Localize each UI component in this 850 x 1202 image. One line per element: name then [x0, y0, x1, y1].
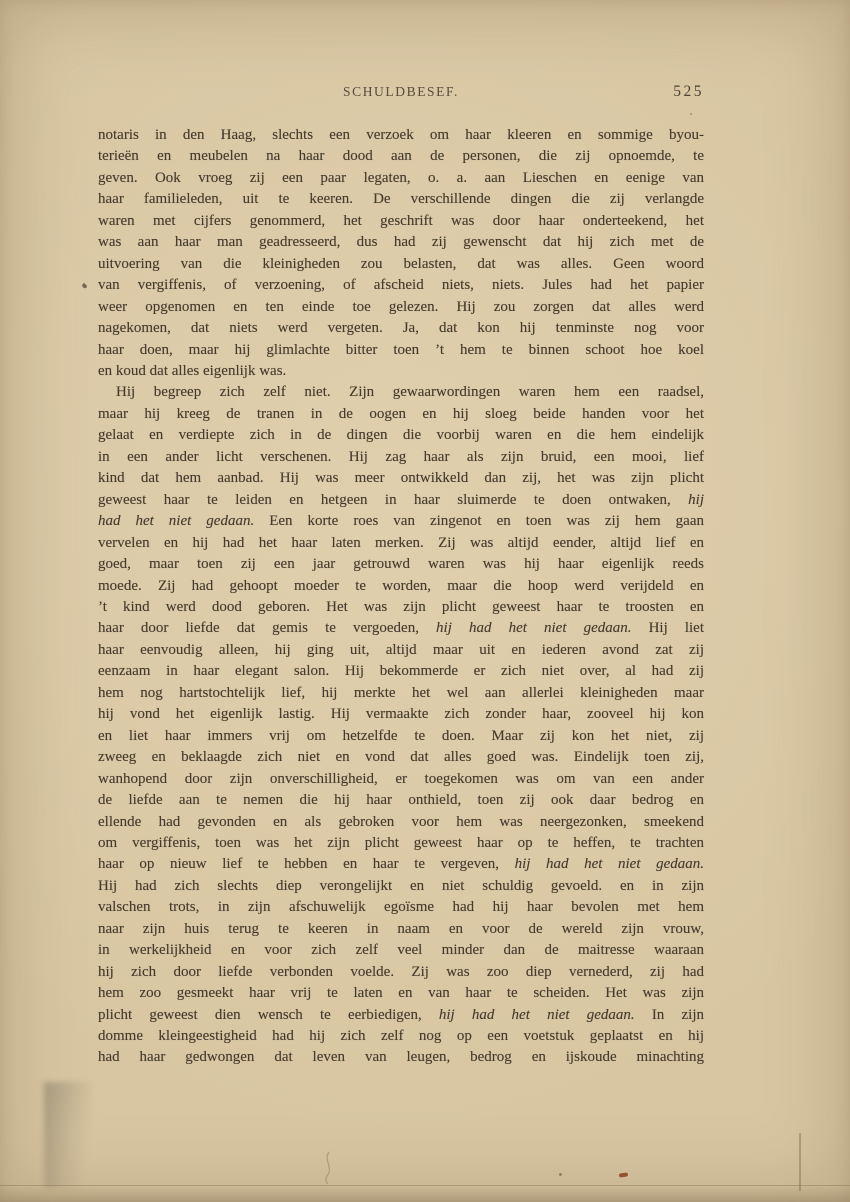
text-line: maar hij kreeg de tranen in de oogen en … [98, 404, 704, 425]
text-run: uitvoering van die kleinigheden zou bela… [98, 256, 704, 272]
text-run: vervelen en hij had het haar laten merke… [98, 535, 704, 551]
text-line: om vergiffenis, toen was het zijn plicht… [98, 833, 704, 854]
text-run: geweest haar te leiden en hetgeen in haa… [98, 492, 688, 508]
book-page: SCHULDBESEF. 525 notaris in den Haag, sl… [0, 0, 850, 1202]
text-line: wanhopend door zijn onverschilligheid, e… [98, 769, 704, 790]
text-line: vervelen en hij had het haar laten merke… [98, 533, 704, 554]
text-line: moede. Zij had gehoopt moeder te worden,… [98, 576, 704, 597]
text-line: hij vond het eigenlijk lastig. Hij verma… [98, 704, 704, 725]
text-line: nagekomen, dat niets werd vergeten. Ja, … [98, 318, 704, 339]
text-run: wanhopend door zijn onverschilligheid, e… [98, 771, 704, 787]
text-run: Hij had zich slechts diep verongelijkt e… [98, 878, 704, 894]
text-run: in een ander licht verschenen. Hij zag h… [98, 449, 704, 465]
text-line: uitvoering van die kleinigheden zou bela… [98, 254, 704, 275]
text-run: en liet haar immers vrij om hetzelfde te… [98, 728, 704, 744]
text-run: gelaat en verdiepte zich in de dingen di… [98, 427, 704, 443]
text-line: hem zoo gesmeekt haar vrij te laten en v… [98, 983, 704, 1004]
text-run: om vergiffenis, toen was het zijn plicht… [98, 835, 704, 851]
text-run: Hij liet [631, 620, 704, 636]
scan-dot-top-right [690, 113, 692, 115]
text-run: geven. Ook vroeg zij een paar legaten, o… [98, 170, 704, 186]
scan-shadow-bottom-left [44, 1082, 92, 1188]
text-line: had het niet gedaan. Een korte roes van … [98, 511, 704, 532]
scan-margin-mark [81, 283, 87, 289]
text-run: domme kleingeestigheid had hij zich zelf… [98, 1028, 704, 1044]
text-run: naar zijn huis terug te keeren in naam e… [98, 921, 704, 937]
emphasis-italic: had het niet gedaan. [98, 513, 254, 529]
text-run: goed, maar toen zij een jaar getrouwd wa… [98, 556, 704, 572]
text-line: goed, maar toen zij een jaar getrouwd wa… [98, 554, 704, 575]
text-line: terieën en meubelen na haar dood aan de … [98, 146, 704, 167]
text-run: In zijn [635, 1007, 704, 1023]
text-run: was aan haar man geadresseerd, dus had z… [98, 234, 704, 250]
text-line: geven. Ook vroeg zij een paar legaten, o… [98, 168, 704, 189]
text-run: hem nog hartstochtelijk lief, hij merkte… [98, 685, 704, 701]
text-run: en koud dat alles eigenlijk was. [98, 363, 286, 379]
text-line: valschen trots, in zijn afschuwelijk ego… [98, 897, 704, 918]
text-run: kind dat hem aanbad. Hij was meer ontwik… [98, 470, 704, 486]
text-line: hem nog hartstochtelijk lief, hij merkte… [98, 683, 704, 704]
text-line: hij zich door liefde verbonden voelde. Z… [98, 962, 704, 983]
text-run: nagekomen, dat niets werd vergeten. Ja, … [98, 320, 704, 336]
text-line: plicht geweest dien wensch te eerbiedige… [98, 1005, 704, 1026]
text-line: weer opgenomen en ten einde toe gelezen.… [98, 297, 704, 318]
text-line: haar doen, maar hij glimlachte bitter to… [98, 340, 704, 361]
text-run: terieën en meubelen na haar dood aan de … [98, 148, 704, 164]
emphasis-italic: hij had het niet gedaan. [436, 620, 631, 636]
text-run: waren met cijfers genommerd, het geschri… [98, 213, 704, 229]
text-line: in een ander licht verschenen. Hij zag h… [98, 447, 704, 468]
emphasis-italic: hij had het niet gedaan. [515, 856, 704, 872]
text-run: hem zoo gesmeekt haar vrij te laten en v… [98, 985, 704, 1001]
text-run: eenzaam in haar elegant salon. Hij bekom… [98, 663, 704, 679]
emphasis-italic: hij had het niet gedaan. [439, 1007, 635, 1023]
text-line: haar op nieuw lief te hebben en haar te … [98, 854, 704, 875]
scan-curl-mark [320, 1150, 338, 1186]
text-line: haar familieleden, uit te keeren. De ver… [98, 189, 704, 210]
text-run: ellende had gevonden en als gebroken voo… [98, 814, 704, 830]
text-line: haar eenvoudig alleen, hij ging uit, alt… [98, 640, 704, 661]
text-run: haar op nieuw lief te hebben en haar te … [98, 856, 515, 872]
text-run: plicht geweest dien wensch te eerbiedige… [98, 1007, 439, 1023]
scan-bottom-edge [0, 1185, 850, 1202]
scan-line-right [799, 1133, 801, 1191]
text-line: domme kleingeestigheid had hij zich zelf… [98, 1026, 704, 1047]
text-run: Hij begreep zich zelf niet. Zijn gewaarw… [116, 384, 704, 400]
text-run: valschen trots, in zijn afschuwelijk ego… [98, 899, 704, 915]
text-run: haar familieleden, uit te keeren. De ver… [98, 191, 704, 207]
text-run: haar door liefde dat gemis te vergoeden, [98, 620, 436, 636]
text-line: kind dat hem aanbad. Hij was meer ontwik… [98, 468, 704, 489]
page-header: SCHULDBESEF. 525 [98, 84, 704, 104]
running-title: SCHULDBESEF. [98, 84, 704, 100]
text-run: haar eenvoudig alleen, hij ging uit, alt… [98, 642, 704, 658]
text-run: notaris in den Haag, slechts een verzoek… [98, 127, 704, 143]
text-line: ellende had gevonden en als gebroken voo… [98, 812, 704, 833]
text-line: was aan haar man geadresseerd, dus had z… [98, 232, 704, 253]
text-run: in werkelijkheid en voor zich zelf veel … [98, 942, 704, 958]
text-run: zweeg en beklaagde zich niet en vond dat… [98, 749, 704, 765]
text-run: ’t kind werd dood geboren. Het was zijn … [98, 599, 704, 615]
text-line: naar zijn huis terug te keeren in naam e… [98, 919, 704, 940]
text-line: en liet haar immers vrij om hetzelfde te… [98, 726, 704, 747]
paragraph: notaris in den Haag, slechts een verzoek… [98, 125, 704, 382]
text-line: ’t kind werd dood geboren. Het was zijn … [98, 597, 704, 618]
text-line: gelaat en verdiepte zich in de dingen di… [98, 425, 704, 446]
text-run: maar hij kreeg de tranen in de oogen en … [98, 406, 704, 422]
text-run: haar doen, maar hij glimlachte bitter to… [98, 342, 704, 358]
text-line: eenzaam in haar elegant salon. Hij bekom… [98, 661, 704, 682]
text-line: had haar gedwongen dat leven van leugen,… [98, 1047, 704, 1068]
text-line: van vergiffenis, of verzoening, of afsch… [98, 275, 704, 296]
text-line: de liefde aan te nemen die hij haar onth… [98, 790, 704, 811]
scan-speck-small [559, 1173, 562, 1176]
text-line: geweest haar te leiden en hetgeen in haa… [98, 490, 704, 511]
text-run: van vergiffenis, of verzoening, of afsch… [98, 277, 704, 293]
text-run: moede. Zij had gehoopt moeder te worden,… [98, 578, 704, 594]
text-line: haar door liefde dat gemis te vergoeden,… [98, 618, 704, 639]
text-line: zweeg en beklaagde zich niet en vond dat… [98, 747, 704, 768]
text-run: de liefde aan te nemen die hij haar onth… [98, 792, 704, 808]
text-block: notaris in den Haag, slechts een verzoek… [98, 125, 704, 1069]
emphasis-italic: hij [688, 492, 704, 508]
scan-speck-red [619, 1172, 628, 1177]
text-line: Hij begreep zich zelf niet. Zijn gewaarw… [98, 382, 704, 403]
text-line: en koud dat alles eigenlijk was. [98, 361, 704, 382]
text-line: in werkelijkheid en voor zich zelf veel … [98, 940, 704, 961]
text-run: hij vond het eigenlijk lastig. Hij verma… [98, 706, 704, 722]
text-run: weer opgenomen en ten einde toe gelezen.… [98, 299, 704, 315]
paragraph: Hij begreep zich zelf niet. Zijn gewaarw… [98, 382, 704, 1069]
text-line: Hij had zich slechts diep verongelijkt e… [98, 876, 704, 897]
text-line: waren met cijfers genommerd, het geschri… [98, 211, 704, 232]
text-run: had haar gedwongen dat leven van leugen,… [98, 1049, 704, 1065]
text-run: Een korte roes van zingenot en toen was … [254, 513, 704, 529]
page-number: 525 [673, 83, 704, 101]
text-line: notaris in den Haag, slechts een verzoek… [98, 125, 704, 146]
text-run: hij zich door liefde verbonden voelde. Z… [98, 964, 704, 980]
